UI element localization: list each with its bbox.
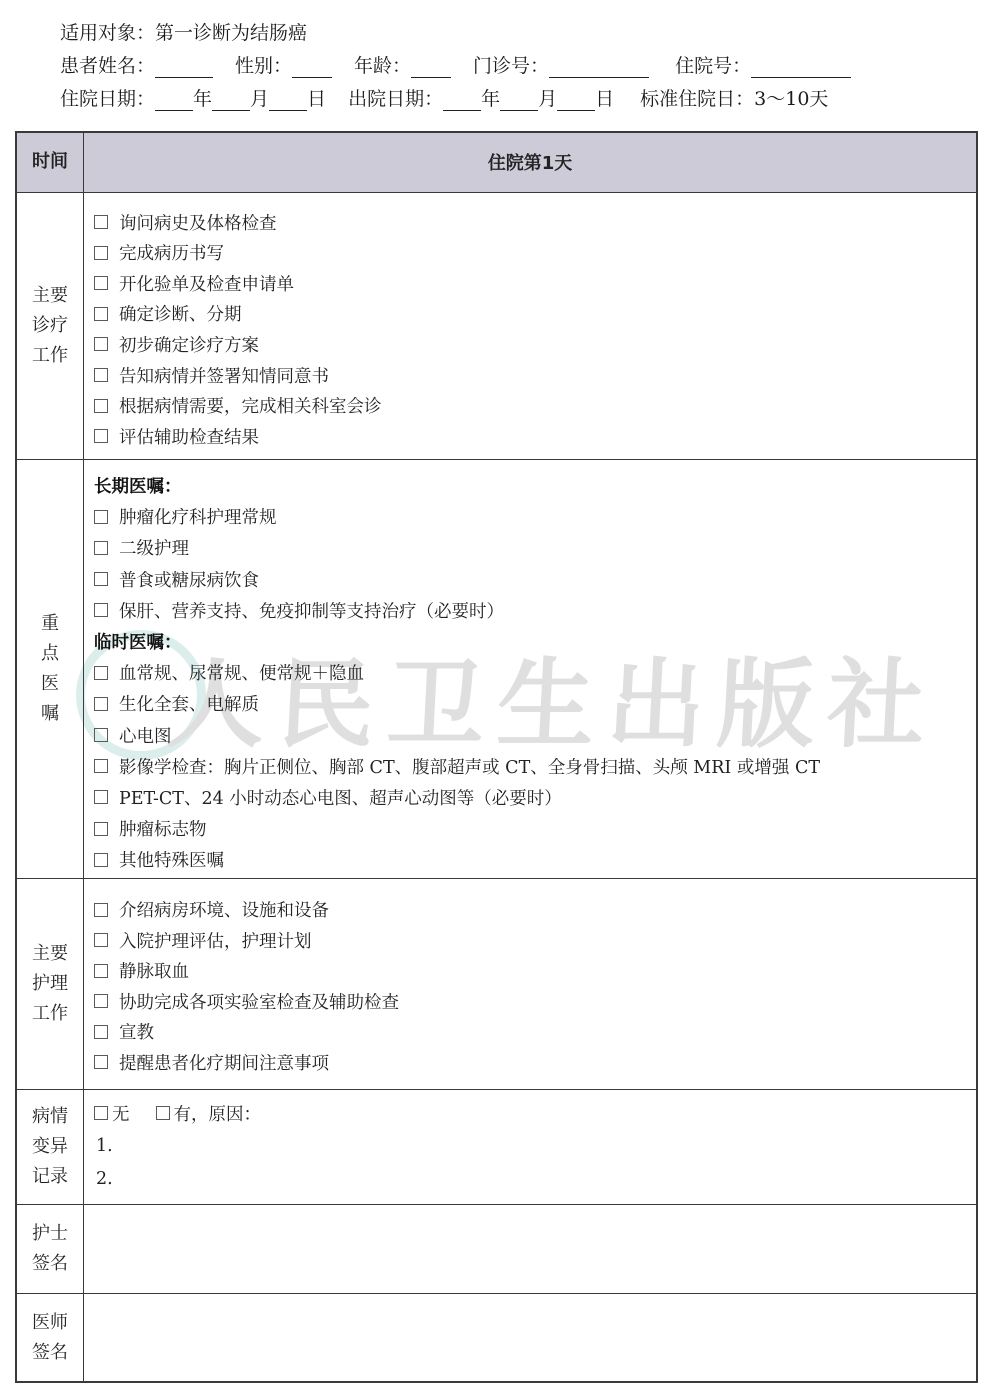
task-label: 询问病史及体格检查	[119, 210, 277, 235]
task-label: 心电图	[119, 723, 172, 748]
checklist-item: 影像学检查：胸片正侧位、胸部 CT、腹部超声或 CT、全身骨扫描、头颅 MRI …	[94, 751, 968, 782]
checklist-item: 静脉取血	[94, 956, 968, 987]
checkbox[interactable]	[94, 368, 108, 382]
checklist-item: 保肝、营养支持、免疫抑制等支持治疗（必要时）	[94, 595, 968, 626]
has-reason-label: 有，原因：	[174, 1101, 262, 1126]
checklist-item: 初步确定诊疗方案	[94, 329, 968, 360]
nursing-work-row: 主要 护理 工作 介绍病房环境、设施和设备 入院护理评估，护理计划 静脉取血 协…	[17, 878, 976, 1089]
checklist-item: 开化验单及检查申请单	[94, 268, 968, 299]
task-label: 告知病情并签署知情同意书	[119, 363, 329, 388]
checkbox[interactable]	[94, 399, 108, 413]
discharge-month-field[interactable]	[500, 92, 538, 111]
standard-stay-label: 标准住院日：	[640, 84, 754, 111]
task-label: 静脉取血	[119, 958, 189, 983]
task-label: 二级护理	[119, 535, 189, 560]
checkbox[interactable]	[94, 1025, 108, 1039]
nursing-work-items: 介绍病房环境、设施和设备 入院护理评估，护理计划 静脉取血 协助完成各项实验室检…	[84, 879, 976, 1089]
day1-column-header: 住院第1天	[84, 133, 976, 192]
nurse-signature-row-label: 护士 签名	[17, 1205, 84, 1294]
variation-record-content: 无 有，原因： 1. 2.	[84, 1090, 976, 1204]
applicable-line: 适用对象：第一诊断为结肠癌	[60, 12, 960, 45]
checklist-item: 肿瘤标志物	[94, 813, 968, 844]
variation-record-row: 病情 变异 记录 无 有，原因： 1. 2.	[17, 1089, 976, 1204]
checklist-item: 其他特殊医嘱	[94, 844, 968, 875]
admit-month-field[interactable]	[212, 92, 250, 111]
checkbox[interactable]	[94, 666, 108, 680]
checkbox[interactable]	[94, 903, 108, 917]
variation-options: 无 有，原因：	[94, 1097, 968, 1130]
checkbox[interactable]	[94, 790, 108, 804]
checklist-item: 普食或糖尿病饮食	[94, 564, 968, 595]
task-label: 开化验单及检查申请单	[119, 271, 294, 296]
checkbox[interactable]	[94, 337, 108, 351]
checklist-item: 评估辅助检查结果	[94, 421, 968, 452]
admit-year-unit: 年	[193, 84, 212, 111]
checklist-item: 告知病情并签署知情同意书	[94, 360, 968, 391]
main-care-row: 主要 诊疗 工作 询问病史及体格检查 完成病历书写 开化验单及检查申请单 确定诊…	[17, 192, 976, 459]
task-label: 宣教	[119, 1019, 154, 1044]
admit-day-unit: 日	[307, 84, 326, 111]
checklist-item: 介绍病房环境、设施和设备	[94, 895, 968, 926]
doctor-signature-row-label: 医师 签名	[17, 1294, 84, 1381]
checkbox[interactable]	[94, 853, 108, 867]
checklist-item: 血常规、尿常规、便常规＋隐血	[94, 657, 968, 688]
nurse-signature-row: 护士 签名	[17, 1204, 976, 1294]
admit-day-field[interactable]	[269, 92, 307, 111]
checklist-item: 宣教	[94, 1017, 968, 1048]
task-label: 肿瘤标志物	[119, 816, 207, 841]
checkbox[interactable]	[94, 933, 108, 947]
checklist-item: 入院护理评估，护理计划	[94, 925, 968, 956]
checkbox[interactable]	[94, 697, 108, 711]
task-label: 根据病情需要，完成相关科室会诊	[119, 393, 382, 418]
checklist-item: 确定诊断、分期	[94, 299, 968, 330]
document-header: 适用对象：第一诊断为结肠癌 患者姓名： 性别： 年龄： 门诊号： 住院号： 住院…	[60, 12, 960, 111]
main-care-items: 询问病史及体格检查 完成病历书写 开化验单及检查申请单 确定诊断、分期 初步确定…	[84, 193, 976, 459]
task-label: 确定诊断、分期	[119, 301, 242, 326]
discharge-month-unit: 月	[538, 84, 557, 111]
task-label: 血常规、尿常规、便常规＋隐血	[119, 660, 364, 685]
checkbox[interactable]	[94, 964, 108, 978]
task-label: 完成病历书写	[119, 240, 224, 265]
checklist-item: PET-CT、24 小时动态心电图、超声心动图等（必要时）	[94, 782, 968, 813]
reason-line-1[interactable]: 1.	[94, 1130, 968, 1163]
table-header-row: 时间 住院第1天	[17, 133, 976, 192]
checkbox-has[interactable]	[156, 1106, 170, 1120]
temporary-orders-heading: 临时医嘱：	[94, 626, 968, 657]
discharge-day-unit: 日	[595, 84, 614, 111]
task-label: 介绍病房环境、设施和设备	[119, 897, 329, 922]
patient-name-label: 患者姓名：	[60, 51, 155, 78]
task-label: 普食或糖尿病饮食	[119, 567, 259, 592]
checkbox[interactable]	[94, 728, 108, 742]
checklist-item: 心电图	[94, 719, 968, 750]
gender-field[interactable]	[292, 59, 332, 78]
age-field[interactable]	[411, 59, 451, 78]
key-orders-items: 长期医嘱： 肿瘤化疗科护理常规 二级护理 普食或糖尿病饮食 保肝、营养支持、免疫…	[84, 460, 976, 878]
dates-line: 住院日期：年月日 出院日期：年月日 标准住院日：3～10天	[60, 78, 960, 111]
checklist-item: 二级护理	[94, 532, 968, 563]
task-label: 保肝、营养支持、免疫抑制等支持治疗（必要时）	[119, 598, 504, 623]
standard-stay-value: 3～10天	[754, 84, 828, 111]
discharge-year-field[interactable]	[443, 92, 481, 111]
outpatient-no-field[interactable]	[549, 59, 649, 78]
outpatient-no-label: 门诊号：	[473, 51, 549, 78]
checklist-item: 询问病史及体格检查	[94, 207, 968, 238]
task-label: 评估辅助检查结果	[119, 424, 259, 449]
task-label: 提醒患者化疗期间注意事项	[119, 1050, 329, 1075]
clinical-pathway-page: { "doc_header": { "line1": "适用对象：第一诊断为结肠…	[0, 0, 1004, 1396]
task-label: 肿瘤化疗科护理常规	[119, 504, 277, 529]
checkbox[interactable]	[94, 572, 108, 586]
doctor-signature-row: 医师 签名	[17, 1293, 976, 1381]
patient-name-field[interactable]	[155, 59, 213, 78]
checklist-item: 根据病情需要，完成相关科室会诊	[94, 390, 968, 421]
doctor-signature-area[interactable]	[84, 1294, 976, 1381]
clinical-pathway-table: 时间 住院第1天 主要 诊疗 工作 询问病史及体格检查 完成病历书写 开化验单及…	[15, 131, 978, 1383]
checklist-item: 完成病历书写	[94, 237, 968, 268]
task-label: 协助完成各项实验室检查及辅助检查	[119, 989, 399, 1014]
checkbox[interactable]	[94, 215, 108, 229]
task-label: 影像学检查：胸片正侧位、胸部 CT、腹部超声或 CT、全身骨扫描、头颅 MRI …	[119, 754, 820, 779]
long-term-orders-heading: 长期医嘱：	[94, 470, 968, 501]
task-label: 生化全套、电解质	[119, 691, 259, 716]
inpatient-no-field[interactable]	[751, 59, 851, 78]
inpatient-no-label: 住院号：	[675, 51, 751, 78]
checklist-item: 协助完成各项实验室检查及辅助检查	[94, 986, 968, 1017]
admit-date-label: 住院日期：	[60, 84, 155, 111]
checklist-item: 生化全套、电解质	[94, 688, 968, 719]
checklist-item: 肿瘤化疗科护理常规	[94, 501, 968, 532]
nurse-signature-area[interactable]	[84, 1205, 976, 1294]
age-label: 年龄：	[354, 51, 411, 78]
applicable-text: 适用对象：第一诊断为结肠癌	[60, 18, 307, 45]
checkbox[interactable]	[94, 603, 108, 617]
task-label: PET-CT、24 小时动态心电图、超声心动图等（必要时）	[119, 785, 562, 810]
checkbox[interactable]	[94, 246, 108, 260]
admit-month-unit: 月	[250, 84, 269, 111]
reason-line-2[interactable]: 2.	[94, 1163, 968, 1196]
checkbox[interactable]	[94, 307, 108, 321]
discharge-date-label: 出院日期：	[348, 84, 443, 111]
checkbox[interactable]	[94, 759, 108, 773]
task-label: 初步确定诊疗方案	[119, 332, 259, 357]
main-care-row-label: 主要 诊疗 工作	[17, 193, 84, 459]
checkbox[interactable]	[94, 822, 108, 836]
patient-info-line: 患者姓名： 性别： 年龄： 门诊号： 住院号：	[60, 45, 960, 78]
discharge-day-field[interactable]	[557, 92, 595, 111]
admit-year-field[interactable]	[155, 92, 193, 111]
checkbox[interactable]	[94, 541, 108, 555]
discharge-year-unit: 年	[481, 84, 500, 111]
none-label: 无	[112, 1101, 130, 1126]
checkbox[interactable]	[94, 994, 108, 1008]
key-orders-row-label: 重 点 医 嘱	[17, 460, 84, 878]
variation-record-row-label: 病情 变异 记录	[17, 1090, 84, 1204]
checklist-item: 提醒患者化疗期间注意事项	[94, 1047, 968, 1078]
checkbox[interactable]	[94, 510, 108, 524]
task-label: 入院护理评估，护理计划	[119, 928, 312, 953]
checkbox[interactable]	[94, 1055, 108, 1069]
key-orders-row: 重 点 医 嘱 长期医嘱： 肿瘤化疗科护理常规 二级护理 普食或糖尿病饮食 保肝…	[17, 459, 976, 878]
gender-label: 性别：	[235, 51, 292, 78]
checkbox[interactable]	[94, 429, 108, 443]
time-column-header: 时间	[17, 133, 84, 192]
checkbox-none[interactable]	[94, 1106, 108, 1120]
checkbox[interactable]	[94, 276, 108, 290]
task-label: 其他特殊医嘱	[119, 847, 224, 872]
nursing-work-row-label: 主要 护理 工作	[17, 879, 84, 1089]
